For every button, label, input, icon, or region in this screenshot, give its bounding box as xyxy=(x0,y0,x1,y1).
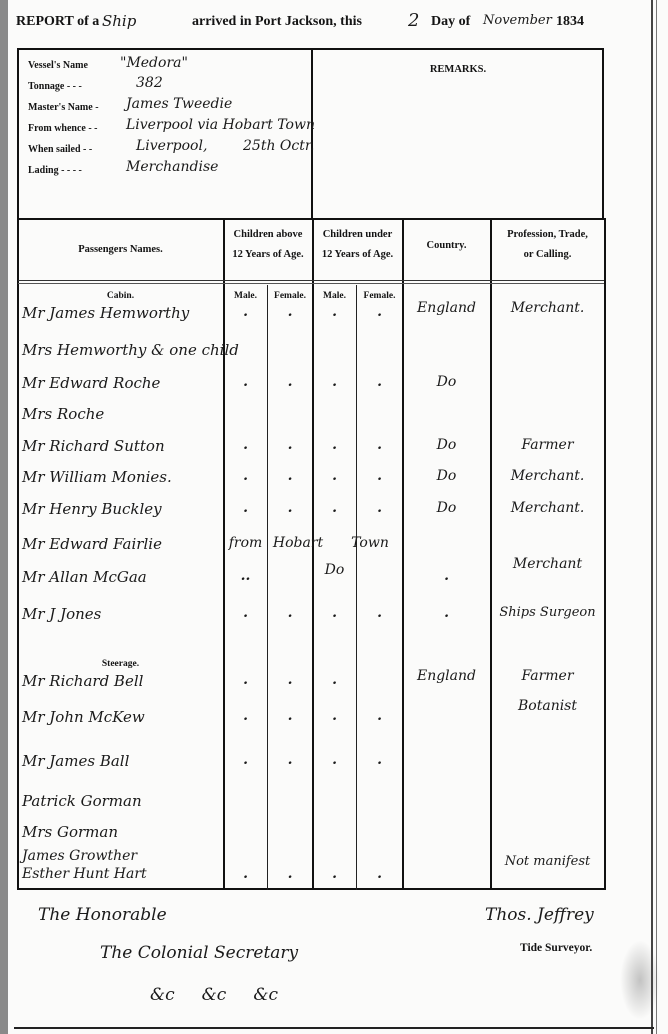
addressee-line1: The Honorable xyxy=(38,905,167,925)
passenger-name: Mrs Roche xyxy=(22,405,104,423)
profession: Not manifest xyxy=(491,854,604,869)
passenger-name: Mr Edward Roche xyxy=(22,374,160,392)
female-under: . xyxy=(357,752,402,768)
table-row: Esther Hunt Hart . . . . Not manifest xyxy=(0,866,668,886)
male-under: . xyxy=(313,752,356,768)
passenger-name: Mr William Monies. xyxy=(22,468,172,486)
table-row: Mr Henry Buckley . . . . Do Merchant. xyxy=(0,500,668,526)
male-under: . xyxy=(313,468,356,484)
table-row: Mr Edward Roche . . . . Do xyxy=(0,374,668,400)
table-row: Mr William Monies. . . . . Do Merchant. xyxy=(0,468,668,494)
profession: Merchant. xyxy=(491,300,604,316)
male-under: . xyxy=(313,708,356,724)
female-above: . xyxy=(268,672,312,688)
female-above: Hobart xyxy=(268,535,328,551)
profession: Merchant. xyxy=(491,500,604,516)
male-above: . xyxy=(224,866,267,882)
male-above: . xyxy=(224,437,267,453)
male-under: Do xyxy=(313,562,356,578)
country: Do xyxy=(403,500,490,516)
female-under: . xyxy=(357,468,402,484)
female-under: . xyxy=(357,708,402,724)
profession: Farmer xyxy=(491,437,604,453)
table-row: Mr John McKew . . . . Botanist xyxy=(0,708,668,734)
passenger-name: Mrs Hemworthy & one child xyxy=(22,341,239,359)
male-above: .. xyxy=(224,568,267,584)
female-above: . xyxy=(268,500,312,516)
male-under: . xyxy=(313,374,356,390)
male-under: . xyxy=(313,304,356,320)
female-above: . xyxy=(268,437,312,453)
country: England xyxy=(403,300,490,316)
country: England xyxy=(403,668,490,684)
male-above: . xyxy=(224,304,267,320)
addressee-line3: &c &c &c xyxy=(150,985,278,1005)
male-above: . xyxy=(224,708,267,724)
female-under: . xyxy=(357,866,402,882)
male-above: . xyxy=(224,374,267,390)
country: Do xyxy=(403,468,490,484)
table-row: Mr James Ball . . . . xyxy=(0,752,668,778)
passenger-name: Mr Richard Bell xyxy=(22,672,143,690)
male-above: . xyxy=(224,500,267,516)
male-above: . xyxy=(224,468,267,484)
female-under: . xyxy=(357,374,402,390)
male-under: . xyxy=(313,437,356,453)
female-above: . xyxy=(268,708,312,724)
profession: Merchant. xyxy=(491,468,604,484)
passenger-name: Mrs Gorman xyxy=(22,823,118,841)
female-above: . xyxy=(268,304,312,320)
passenger-name: Patrick Gorman xyxy=(22,792,142,810)
passenger-name: Mr Richard Sutton xyxy=(22,437,165,455)
table-row: Mrs Hemworthy & one child xyxy=(0,341,668,367)
male-under: . xyxy=(313,605,356,621)
profession: Merchant xyxy=(491,556,604,572)
male-above: . xyxy=(224,605,267,621)
bottom-edge-line xyxy=(14,1027,654,1029)
male-under: . xyxy=(313,866,356,882)
table-row: Mrs Gorman xyxy=(0,823,668,849)
female-above: . xyxy=(268,752,312,768)
passenger-rows: Mr James Hemworthy . . . . England Merch… xyxy=(0,0,668,1034)
table-row: Mr Richard Bell . . . England Farmer xyxy=(0,672,668,698)
signature: Thos. Jeffrey xyxy=(485,905,594,925)
female-under: . xyxy=(357,500,402,516)
male-above: . xyxy=(224,672,267,688)
female-above: . xyxy=(268,468,312,484)
table-row: Mr J Jones . . . . . Ships Surgeon xyxy=(0,605,668,631)
passenger-name: Mr Edward Fairlie xyxy=(22,535,162,553)
female-above: . xyxy=(268,866,312,882)
female-under: . xyxy=(357,304,402,320)
country: . xyxy=(403,568,490,584)
country: . xyxy=(403,605,490,621)
table-row: Patrick Gorman xyxy=(0,792,668,818)
table-row: Mr Richard Sutton . . . . Do Farmer xyxy=(0,437,668,463)
addressee-line2: The Colonial Secretary xyxy=(100,943,298,963)
table-row: Mrs Roche xyxy=(0,405,668,431)
male-above: . xyxy=(224,752,267,768)
male-above: from xyxy=(224,535,267,551)
female-under: . xyxy=(357,437,402,453)
country: Do xyxy=(403,437,490,453)
passenger-name: Mr Allan McGaa xyxy=(22,568,147,586)
male-under: . xyxy=(313,500,356,516)
female-above: . xyxy=(268,374,312,390)
male-under: . xyxy=(313,672,356,688)
passenger-name: Mr J Jones xyxy=(22,605,101,623)
passenger-name: Mr John McKew xyxy=(22,708,145,726)
female-above: . xyxy=(268,605,312,621)
passenger-name: Mr Henry Buckley xyxy=(22,500,162,518)
country: Do xyxy=(403,374,490,390)
passenger-name: Esther Hunt Hart xyxy=(22,866,147,882)
table-row: Mr Allan McGaa .. Do . Merchant xyxy=(0,568,668,594)
passenger-name: Mr James Hemworthy xyxy=(22,304,189,322)
female-under: . xyxy=(357,605,402,621)
signatory-title: Tide Surveyor. xyxy=(520,942,592,954)
passenger-name: James Growther xyxy=(22,848,137,864)
male-under: Town xyxy=(340,535,400,551)
profession: Botanist xyxy=(491,698,604,714)
profession: Farmer xyxy=(491,668,604,684)
table-row: Mr James Hemworthy . . . . England Merch… xyxy=(0,304,668,330)
passenger-name: Mr James Ball xyxy=(22,752,129,770)
profession: Ships Surgeon xyxy=(491,605,604,620)
